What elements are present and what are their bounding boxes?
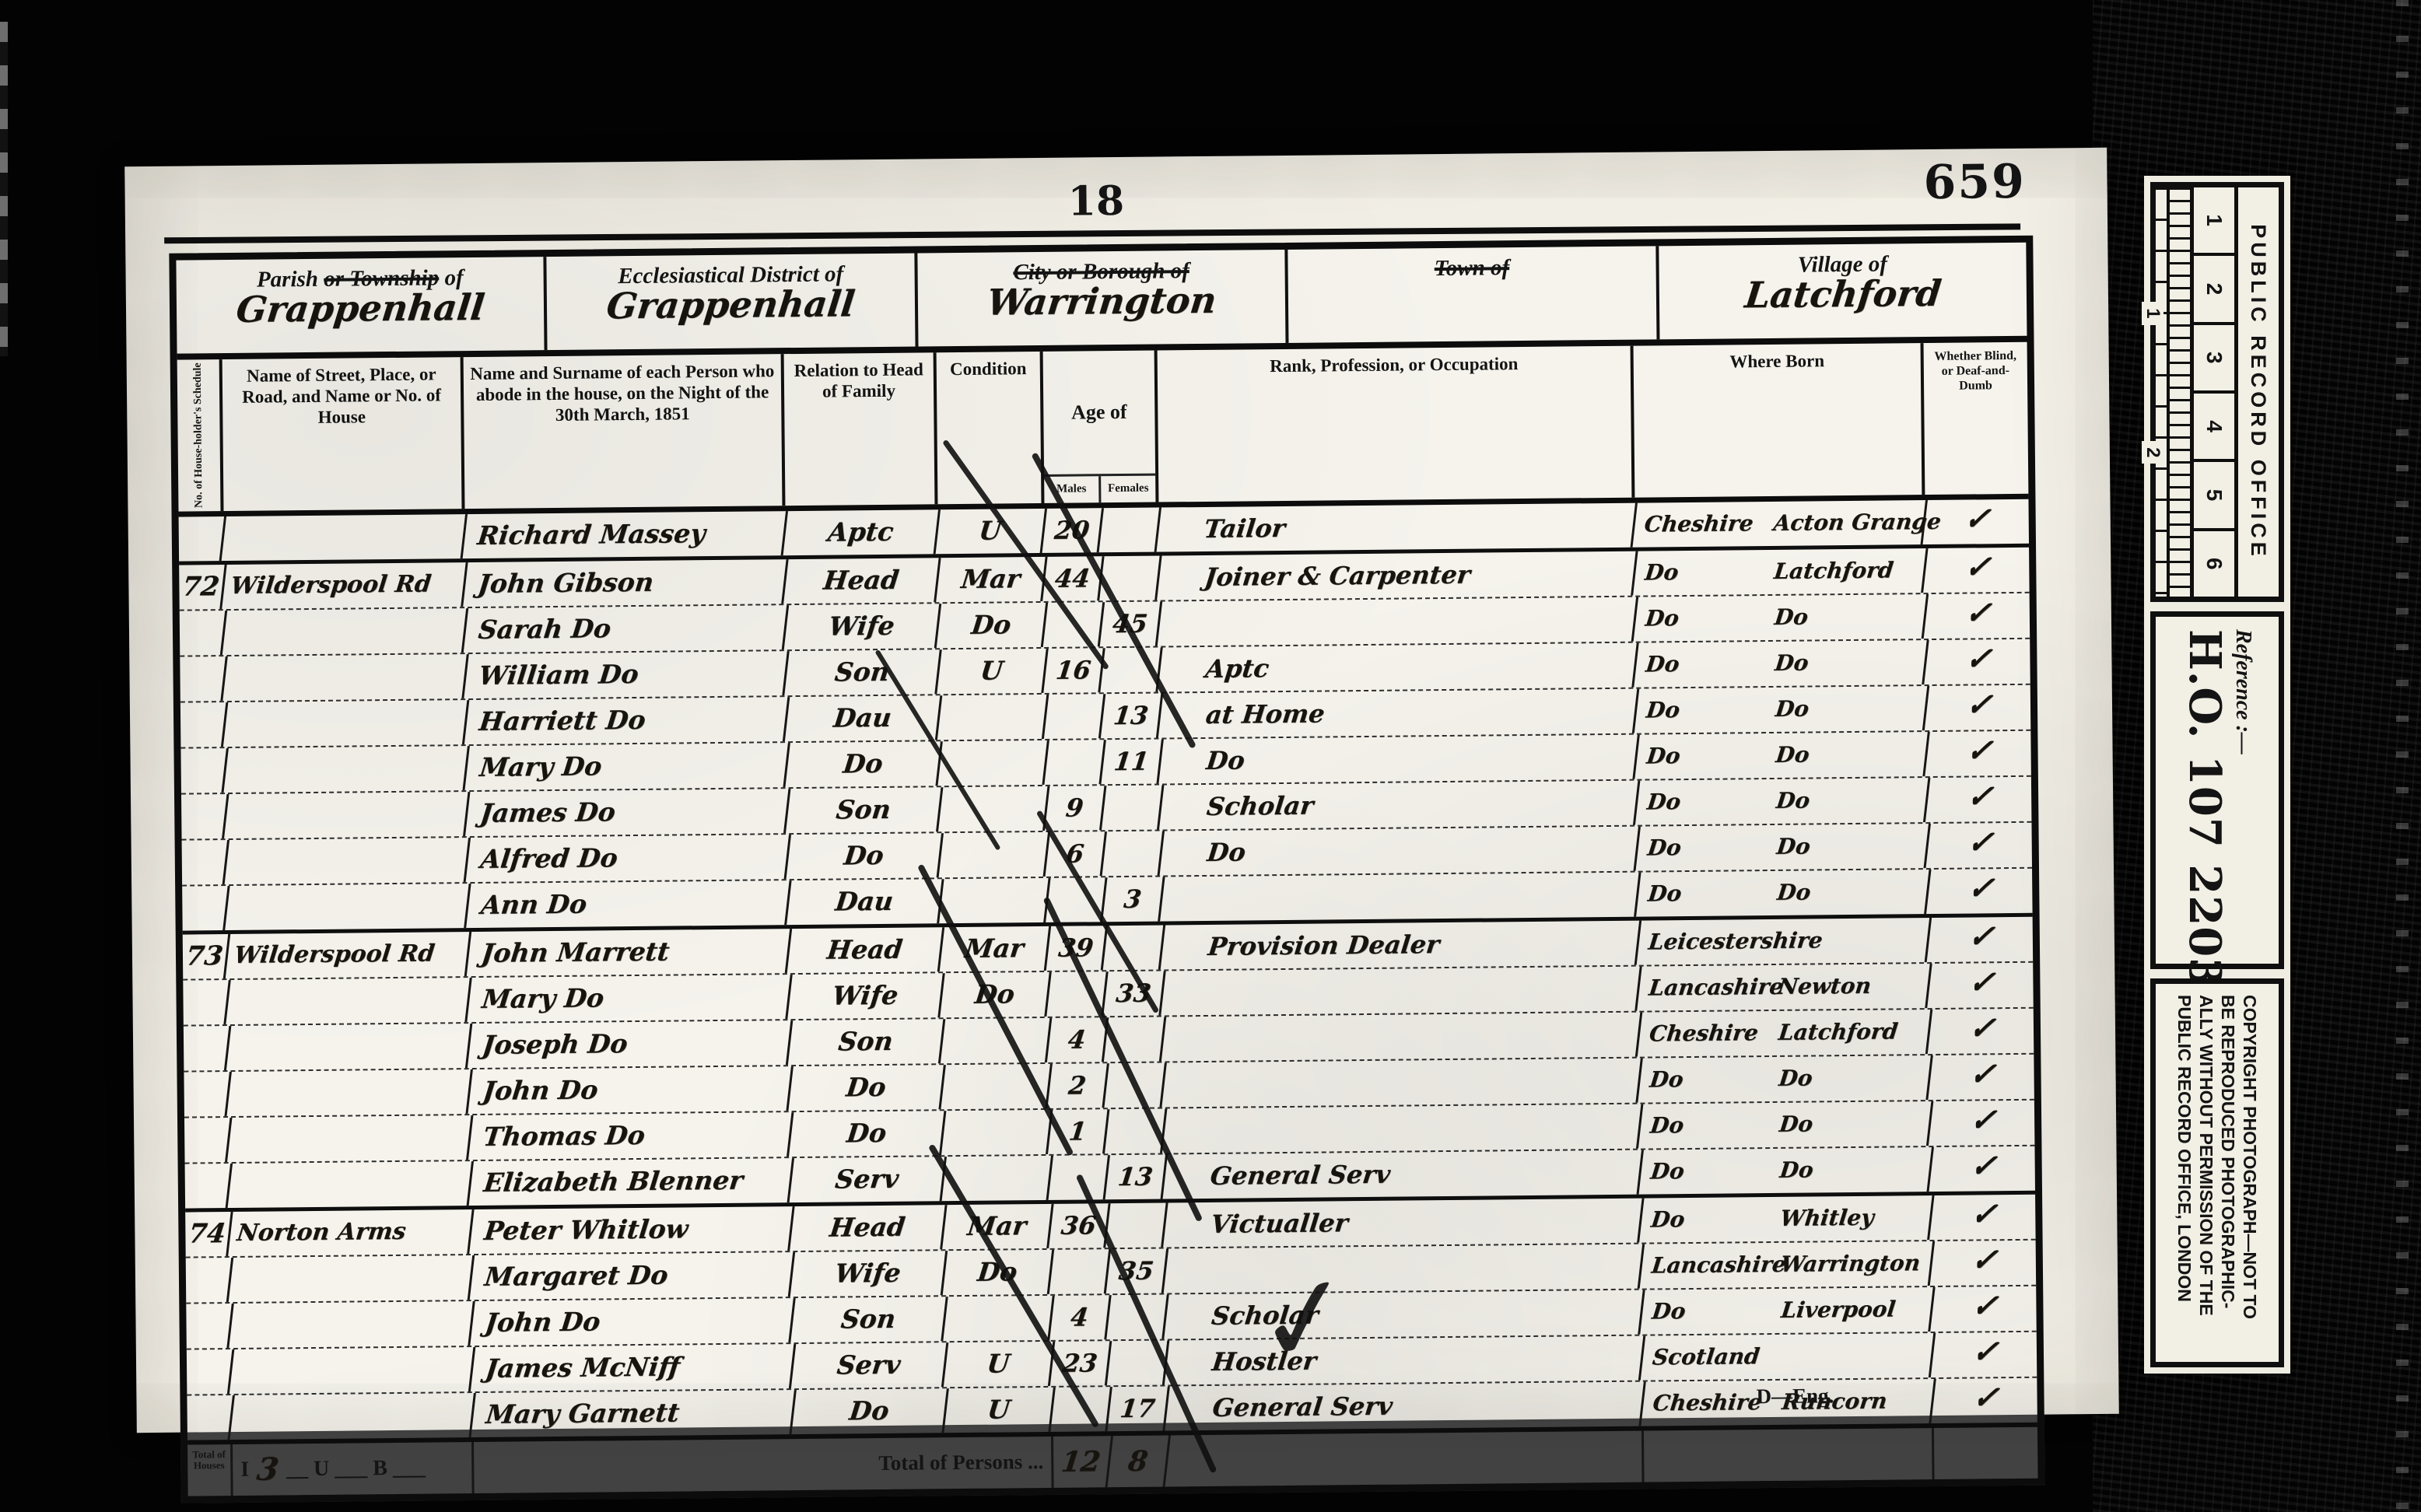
cell-condition: Mar [942, 1204, 1053, 1249]
column-header-row: No. of House-holder's Schedule Name of S… [177, 342, 2029, 517]
cell-age-female: 17 [1107, 1386, 1169, 1431]
cell-age-male: 2 [1047, 1063, 1109, 1108]
cell-age-female: 3 [1102, 877, 1165, 922]
cell-schedule-number [184, 1258, 233, 1303]
where-born-county: Do [1644, 688, 1682, 732]
cell-relation: Head [783, 558, 941, 604]
copyright-notice: COPYRIGHT PHOTOGRAPH—NOT TO BE REPRODUCE… [2150, 978, 2284, 1367]
where-born-place: Whitley [1778, 1195, 1876, 1240]
printer-footer-mark: D—Eng. [1756, 1384, 1834, 1409]
where-born-place: Newton [1775, 964, 1873, 1008]
field-ecclesiastical-district: Ecclesiastical District of Grappenhall [547, 253, 919, 350]
where-born-place: Do [1775, 870, 1813, 914]
cell-person-name: Richard Massey [463, 511, 788, 558]
where-born-county: Do [1645, 826, 1683, 870]
totals-empty-born [1644, 1428, 1935, 1482]
field-parish: Parish or Township of Grappenhall [176, 257, 548, 354]
cell-person-name: James McNiff [471, 1344, 796, 1391]
cell-relation: Wife [790, 1251, 948, 1297]
cell-age-male [1049, 1249, 1111, 1294]
inhabited-letter: I [240, 1457, 249, 1482]
totals-empty-blind [1934, 1426, 2038, 1479]
cell-person-name: John Gibson [463, 559, 788, 607]
cell-person-name: James Do [465, 789, 790, 836]
page-number: 659 [1923, 155, 2026, 210]
cell-where-born: Cheshire Latchford [1638, 1010, 1932, 1057]
cell-check-mark: ✓ [1926, 868, 2034, 913]
cell-check-mark: ✓ [1926, 822, 2034, 867]
where-born-county: Cheshire [1650, 1381, 1764, 1425]
column-whether-blind: Whether Blind, or Deaf-and-Dumb [1924, 342, 2029, 495]
cell-relation: Son [788, 1019, 945, 1065]
total-males: 12 [1051, 1436, 1113, 1488]
where-born-county: Do [1645, 734, 1683, 778]
cell-relation: Son [790, 1297, 948, 1342]
film-left-edge [0, 22, 8, 356]
cell-schedule-number [177, 611, 227, 656]
cell-check-mark: ✓ [1930, 1240, 2038, 1285]
cell-person-name: Alfred Do [466, 835, 791, 882]
where-born-county: Lancashire [1649, 1242, 1789, 1287]
cell-street [229, 1393, 475, 1440]
cell-check-mark: ✓ [1929, 1146, 2037, 1191]
cell-check-mark: ✓ [1929, 1100, 2037, 1145]
cell-person-name: Peter Whitlow [469, 1206, 794, 1254]
where-born-county: Do [1645, 780, 1683, 824]
column-where-born: Where Born [1634, 343, 1925, 497]
cell-schedule-number [184, 1349, 234, 1395]
where-born-place: Do [1773, 733, 1811, 776]
cell-occupation [1164, 1244, 1645, 1293]
cell-schedule-number [183, 1164, 233, 1209]
cell-where-born: Do Do [1638, 1055, 1932, 1103]
cell-age-female [1099, 507, 1161, 552]
cell-relation: Dau [787, 879, 944, 925]
total-persons-label: Total of Persons ... [474, 1437, 1054, 1493]
column-street: Name of Street, Place, or Road, and Name… [222, 357, 465, 511]
cell-relation: Do [785, 741, 942, 787]
cell-occupation: General Serv [1165, 1381, 1645, 1430]
cell-relation: Do [788, 1065, 945, 1111]
column-occupation: Rank, Profession, or Occupation [1158, 346, 1635, 502]
cell-street: Norton Arms [228, 1209, 474, 1256]
where-born-place: Do [1775, 824, 1813, 868]
cell-street [222, 608, 468, 655]
cell-relation: Do [789, 1111, 946, 1157]
cell-check-mark: ✓ [1924, 639, 2032, 684]
cell-check-mark: ✓ [1928, 1054, 2036, 1099]
cell-street [229, 1255, 475, 1302]
cell-schedule-number [177, 656, 227, 702]
cell-street [224, 792, 470, 838]
cell-schedule-number [180, 886, 229, 931]
cell-where-born: Cheshire Acton Grange [1633, 500, 1928, 548]
census-scan-page: { "page": { "folio": "18", "number": "65… [0, 0, 2421, 1512]
uninhabited-building-letters: __ U ___ B ___ [286, 1455, 426, 1482]
where-born-place: Do [1772, 595, 1810, 639]
cell-schedule-number: 74 [183, 1212, 233, 1257]
cell-person-name: Mary Garnett [471, 1390, 796, 1437]
cell-occupation [1161, 966, 1641, 1015]
cell-schedule-number [184, 1395, 234, 1440]
cell-schedule-number [178, 748, 228, 793]
table-rows: Richard Massey Aptc U 20 Tailor Cheshire… [179, 499, 2037, 1440]
cell-person-name: William Do [464, 651, 789, 698]
cell-schedule-number [179, 794, 229, 839]
where-born-place: Warrington [1778, 1241, 1923, 1286]
cell-check-mark: ✓ [1930, 1286, 2038, 1331]
cell-person-name: Elizabeth Blenner [469, 1158, 794, 1206]
pro-ruler: PUBLIC RECORD OFFICE 1 2 3 4 5 6 1 2 [2150, 182, 2284, 602]
reference-value: H.O. 107 2203 [2179, 629, 2230, 951]
cell-person-name: Mary Do [464, 743, 790, 790]
where-born-county: Do [1642, 551, 1680, 594]
cell-age-male: 4 [1047, 1017, 1109, 1062]
large-check-mark: ✓ [1246, 1245, 1363, 1394]
cell-street [222, 654, 468, 701]
cell-age-male: 9 [1045, 786, 1106, 831]
cell-street [228, 1161, 474, 1208]
where-born-county: Lancashire [1646, 965, 1785, 1010]
column-age-females: Females [1101, 475, 1155, 502]
cell-condition [938, 786, 1049, 831]
cell-occupation: Do [1160, 826, 1641, 875]
cell-occupation: Do [1158, 734, 1639, 783]
cell-where-born: Do Do [1634, 640, 1929, 688]
cell-occupation: Aptc [1158, 642, 1638, 691]
cell-occupation [1162, 1104, 1643, 1153]
cell-person-name: Thomas Do [468, 1112, 794, 1160]
cell-relation: Aptc [783, 509, 941, 555]
cell-occupation: Hostler [1165, 1335, 1645, 1384]
total-females: 8 [1108, 1435, 1171, 1487]
cell-street [226, 978, 471, 1024]
cell-street [225, 838, 471, 884]
field-village: Village of Latchford [1659, 243, 2027, 340]
cell-check-mark: ✓ [1925, 684, 2033, 730]
where-born-place: Do [1774, 779, 1812, 822]
cell-condition [941, 1018, 1052, 1063]
cell-age-female: 13 [1101, 693, 1163, 738]
cell-street [226, 1069, 472, 1116]
cell-where-born: Do Do [1634, 732, 1929, 779]
cell-schedule-number [181, 1072, 231, 1117]
cell-where-born: Do Do [1636, 870, 1931, 917]
cell-check-mark: ✓ [1925, 776, 2034, 821]
ruler-scale-numbers: 1 2 3 4 5 6 [2190, 187, 2234, 597]
where-born-place: Do [1777, 1102, 1815, 1146]
column-age-label: Age of [1043, 351, 1156, 474]
field-city-borough: City or Borough of Warrington [917, 250, 1289, 347]
cell-check-mark: ✓ [1927, 962, 2035, 1007]
cell-person-name: John Do [468, 1066, 793, 1114]
folio-number: 18 [1067, 177, 1124, 226]
cell-where-born: Do Do [1634, 594, 1929, 642]
cell-occupation [1161, 1012, 1642, 1061]
cell-where-born: Do Liverpool [1640, 1287, 1935, 1335]
cell-street [223, 746, 469, 793]
field-parish-value: Grappenhall [174, 289, 546, 328]
cell-where-born: Do Whitley [1639, 1195, 1934, 1243]
cell-age-female [1102, 831, 1165, 876]
cell-relation: Head [787, 927, 944, 973]
column-relation: Relation to Head of Family [784, 352, 938, 506]
cell-schedule-number [180, 980, 230, 1025]
cell-relation: Head [790, 1205, 947, 1251]
pro-reference-strip: PUBLIC RECORD OFFICE 1 2 3 4 5 6 1 2 Ref… [2144, 176, 2290, 1374]
cell-person-name: Margaret Do [470, 1252, 795, 1300]
ruler-fine-ticks [2167, 187, 2190, 597]
column-name-surname: Name and Surname of each Person who abod… [464, 354, 786, 509]
cell-where-born: Do Do [1638, 1101, 1933, 1149]
where-born-place: Liverpool [1778, 1287, 1897, 1332]
cell-age-male: 4 [1049, 1295, 1111, 1340]
cell-schedule-number: 72 [177, 565, 226, 610]
cell-condition [941, 1110, 1053, 1155]
cell-relation: Son [784, 649, 941, 695]
cell-person-name: John Do [470, 1298, 795, 1346]
cell-street [225, 884, 471, 930]
cell-relation: Do [791, 1388, 948, 1434]
where-born-place: Latchford [1771, 548, 1896, 593]
cell-street [229, 1347, 475, 1394]
ink-strokes: ✓ [124, 148, 2107, 166]
where-born-county: Do [1647, 1058, 1685, 1101]
cell-person-name: Sarah Do [464, 605, 789, 653]
field-city-value: Warrington [916, 282, 1288, 321]
cell-where-born: Do Do [1635, 778, 1930, 825]
column-schedule-number: No. of House-holder's Schedule [177, 359, 224, 511]
where-born-place: Latchford [1776, 1010, 1901, 1055]
cell-check-mark: ✓ [1928, 1008, 2036, 1053]
where-born-county: Cheshire [1642, 502, 1756, 546]
cell-street [229, 1301, 475, 1348]
cell-age-male [1044, 740, 1105, 785]
cell-occupation: General Serv [1163, 1150, 1644, 1199]
cell-age-female [1102, 785, 1164, 830]
where-born-county: Scotland [1650, 1335, 1762, 1379]
where-born-place: Acton Grange [1771, 500, 1943, 545]
field-town-label: Town of [1288, 254, 1656, 283]
reference-label: Reference :— [2230, 629, 2255, 951]
cell-person-name: Harriett Do [464, 697, 790, 744]
cell-condition: U [944, 1388, 1055, 1433]
where-born-county: Do [1648, 1150, 1687, 1193]
cell-condition [937, 695, 1049, 740]
pro-reference-card: PUBLIC RECORD OFFICE 1 2 3 4 5 6 1 2 Ref… [2144, 176, 2290, 1374]
cell-schedule-number [180, 840, 229, 885]
cell-person-name: Mary Do [467, 975, 792, 1022]
field-village-value: Latchford [1657, 275, 2029, 314]
where-born-county: Do [1649, 1290, 1687, 1333]
cell-occupation [1161, 1058, 1642, 1107]
cell-age-male [1050, 1387, 1112, 1432]
cell-where-born: Do Do [1636, 824, 1931, 871]
total-houses-values: I 3 __ U ___ B ___ [233, 1442, 475, 1496]
cell-occupation [1158, 597, 1638, 646]
cell-check-mark: ✓ [1923, 499, 2031, 544]
cell-check-mark: ✓ [1925, 730, 2033, 775]
pro-office-name: PUBLIC RECORD OFFICE [2234, 187, 2279, 597]
column-age: Age of Males Females [1043, 351, 1159, 503]
cell-where-born: Scotland [1641, 1333, 1936, 1381]
cell-street [226, 1024, 472, 1070]
cell-person-name: Joseph Do [468, 1020, 793, 1068]
census-sheet: 18 659 Parish or Township of Grappenhall… [124, 148, 2119, 1433]
where-born-county: Leicestershire [1646, 919, 1825, 964]
cell-where-born: Lancashire Newton [1637, 964, 1932, 1011]
cell-check-mark: ✓ [1923, 547, 2031, 592]
where-born-county: Do [1648, 1104, 1686, 1147]
cell-occupation: Scholar [1159, 780, 1640, 829]
field-eccl-value: Grappenhall [545, 285, 917, 325]
cell-age-male [1044, 694, 1105, 739]
cell-occupation: Scholar [1164, 1290, 1645, 1339]
where-born-place: Do [1772, 641, 1810, 684]
cell-age-female: 13 [1105, 1154, 1168, 1199]
cell-check-mark: ✓ [1931, 1377, 2039, 1423]
cell-occupation: Joiner & Carpenter [1157, 551, 1638, 600]
total-houses-label: Total of Houses [187, 1444, 233, 1496]
cell-schedule-number [181, 1026, 231, 1071]
place-header-row: Parish or Township of Grappenhall Eccles… [176, 243, 2027, 360]
totals-empty-occupation [1168, 1430, 1645, 1486]
cell-condition: U [937, 649, 1048, 694]
cell-check-mark: ✓ [1929, 1194, 2037, 1239]
cell-where-born: Do Latchford [1633, 548, 1928, 596]
where-born-place: Do [1773, 687, 1811, 730]
cell-age-female [1105, 1202, 1168, 1248]
cell-occupation: at Home [1158, 688, 1639, 737]
inhabited-count: 3 [255, 1451, 281, 1488]
cell-schedule-number: 73 [180, 934, 230, 979]
cell-check-mark: ✓ [1924, 593, 2032, 638]
where-born-place: Do [1776, 1056, 1814, 1100]
where-born-county: Do [1645, 872, 1683, 915]
cell-relation: Wife [784, 604, 941, 649]
cell-schedule-number [178, 702, 228, 747]
cell-condition [939, 878, 1050, 923]
where-born-county: Do [1648, 1198, 1687, 1241]
cell-relation: Serv [791, 1342, 948, 1388]
cell-check-mark: ✓ [1927, 916, 2035, 961]
cell-condition: Do [937, 603, 1048, 648]
cell-where-born: Do Do [1639, 1147, 1934, 1195]
column-condition: Condition [937, 352, 1045, 504]
cell-street [222, 514, 468, 561]
cell-person-name: John Marrett [467, 929, 792, 976]
where-born-county: Cheshire [1647, 1011, 1761, 1055]
cell-schedule-number [177, 516, 226, 562]
cell-street: Wilderspool Rd [222, 562, 468, 609]
cell-condition: U [936, 509, 1047, 554]
where-born-county: Do [1643, 642, 1681, 686]
cell-person-name: Ann Do [466, 880, 791, 928]
cell-where-born: Lancashire Warrington [1640, 1241, 1935, 1289]
cell-street [227, 1115, 473, 1162]
cell-where-born: Leicestershire [1637, 918, 1932, 965]
cell-street: Wilderspool Rd [226, 932, 471, 978]
cell-check-mark: ✓ [1931, 1332, 2039, 1377]
pro-reference-box: Reference :— H.O. 107 2203 [2150, 611, 2284, 969]
cell-schedule-number [184, 1304, 233, 1349]
cell-relation: Serv [790, 1157, 947, 1202]
ruler-coarse-ticks: 1 2 [2156, 187, 2167, 597]
census-table: Parish or Township of Grappenhall Eccles… [169, 236, 2044, 1503]
cell-occupation: Victualler [1163, 1198, 1644, 1247]
cell-occupation [1160, 872, 1641, 921]
field-town: Town of [1288, 246, 1660, 343]
cell-age-female: 11 [1101, 739, 1163, 784]
film-edge-marks [2396, 0, 2409, 1512]
cell-relation: Son [786, 787, 943, 833]
cell-occupation: Tailor [1157, 502, 1638, 551]
cell-street [223, 700, 469, 747]
where-born-place: Do [1778, 1148, 1816, 1192]
cell-condition: U [944, 1342, 1055, 1387]
cell-where-born: Do Do [1634, 686, 1929, 733]
cell-occupation: Provision Dealer [1161, 920, 1641, 969]
cell-schedule-number [182, 1118, 232, 1163]
cell-relation: Wife [787, 973, 944, 1019]
where-born-county: Do [1643, 597, 1681, 640]
